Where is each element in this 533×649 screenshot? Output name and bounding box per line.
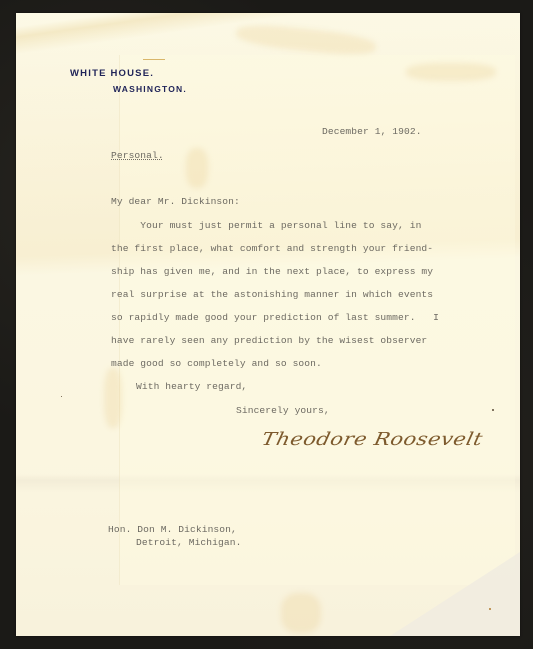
recipient-name: Hon. Don M. Dickinson, [108,524,237,535]
letterhead-mark [143,59,165,60]
body-line: have rarely seen any prediction by the w… [111,335,427,346]
body-line: Your must just permit a personal line to… [111,220,421,231]
personal-marking: Personal. [111,150,164,161]
paper-stain [406,63,496,81]
folded-corner [390,552,520,636]
body-line: real surprise at the astonishing manner … [111,289,433,300]
paper-stain [281,593,321,633]
closing-line: With hearty regard, [136,381,247,392]
paper-stain [235,22,377,59]
rust-speck [489,608,491,610]
valediction: Sincerely yours, [236,405,330,416]
paper-stain [104,368,122,428]
letterhead-line-1: WHITE HOUSE. [70,68,154,79]
salutation: My dear Mr. Dickinson: [111,196,240,207]
body-line: the first place, what comfort and streng… [111,243,433,254]
body-line: ship has given me, and in the next place… [111,266,433,277]
body-line: made good so completely and so soon. [111,358,322,369]
paper-stain [186,148,208,188]
letter-paper [16,13,520,636]
handwritten-signature: Theodore Roosevelt [260,429,485,449]
letter-date: December 1, 1902. [322,126,422,137]
ink-speck [61,396,62,397]
letterhead-line-2: WASHINGTON. [113,84,187,94]
ink-speck [492,409,494,411]
recipient-city: Detroit, Michigan. [136,537,241,548]
body-line: so rapidly made good your prediction of … [111,312,439,323]
